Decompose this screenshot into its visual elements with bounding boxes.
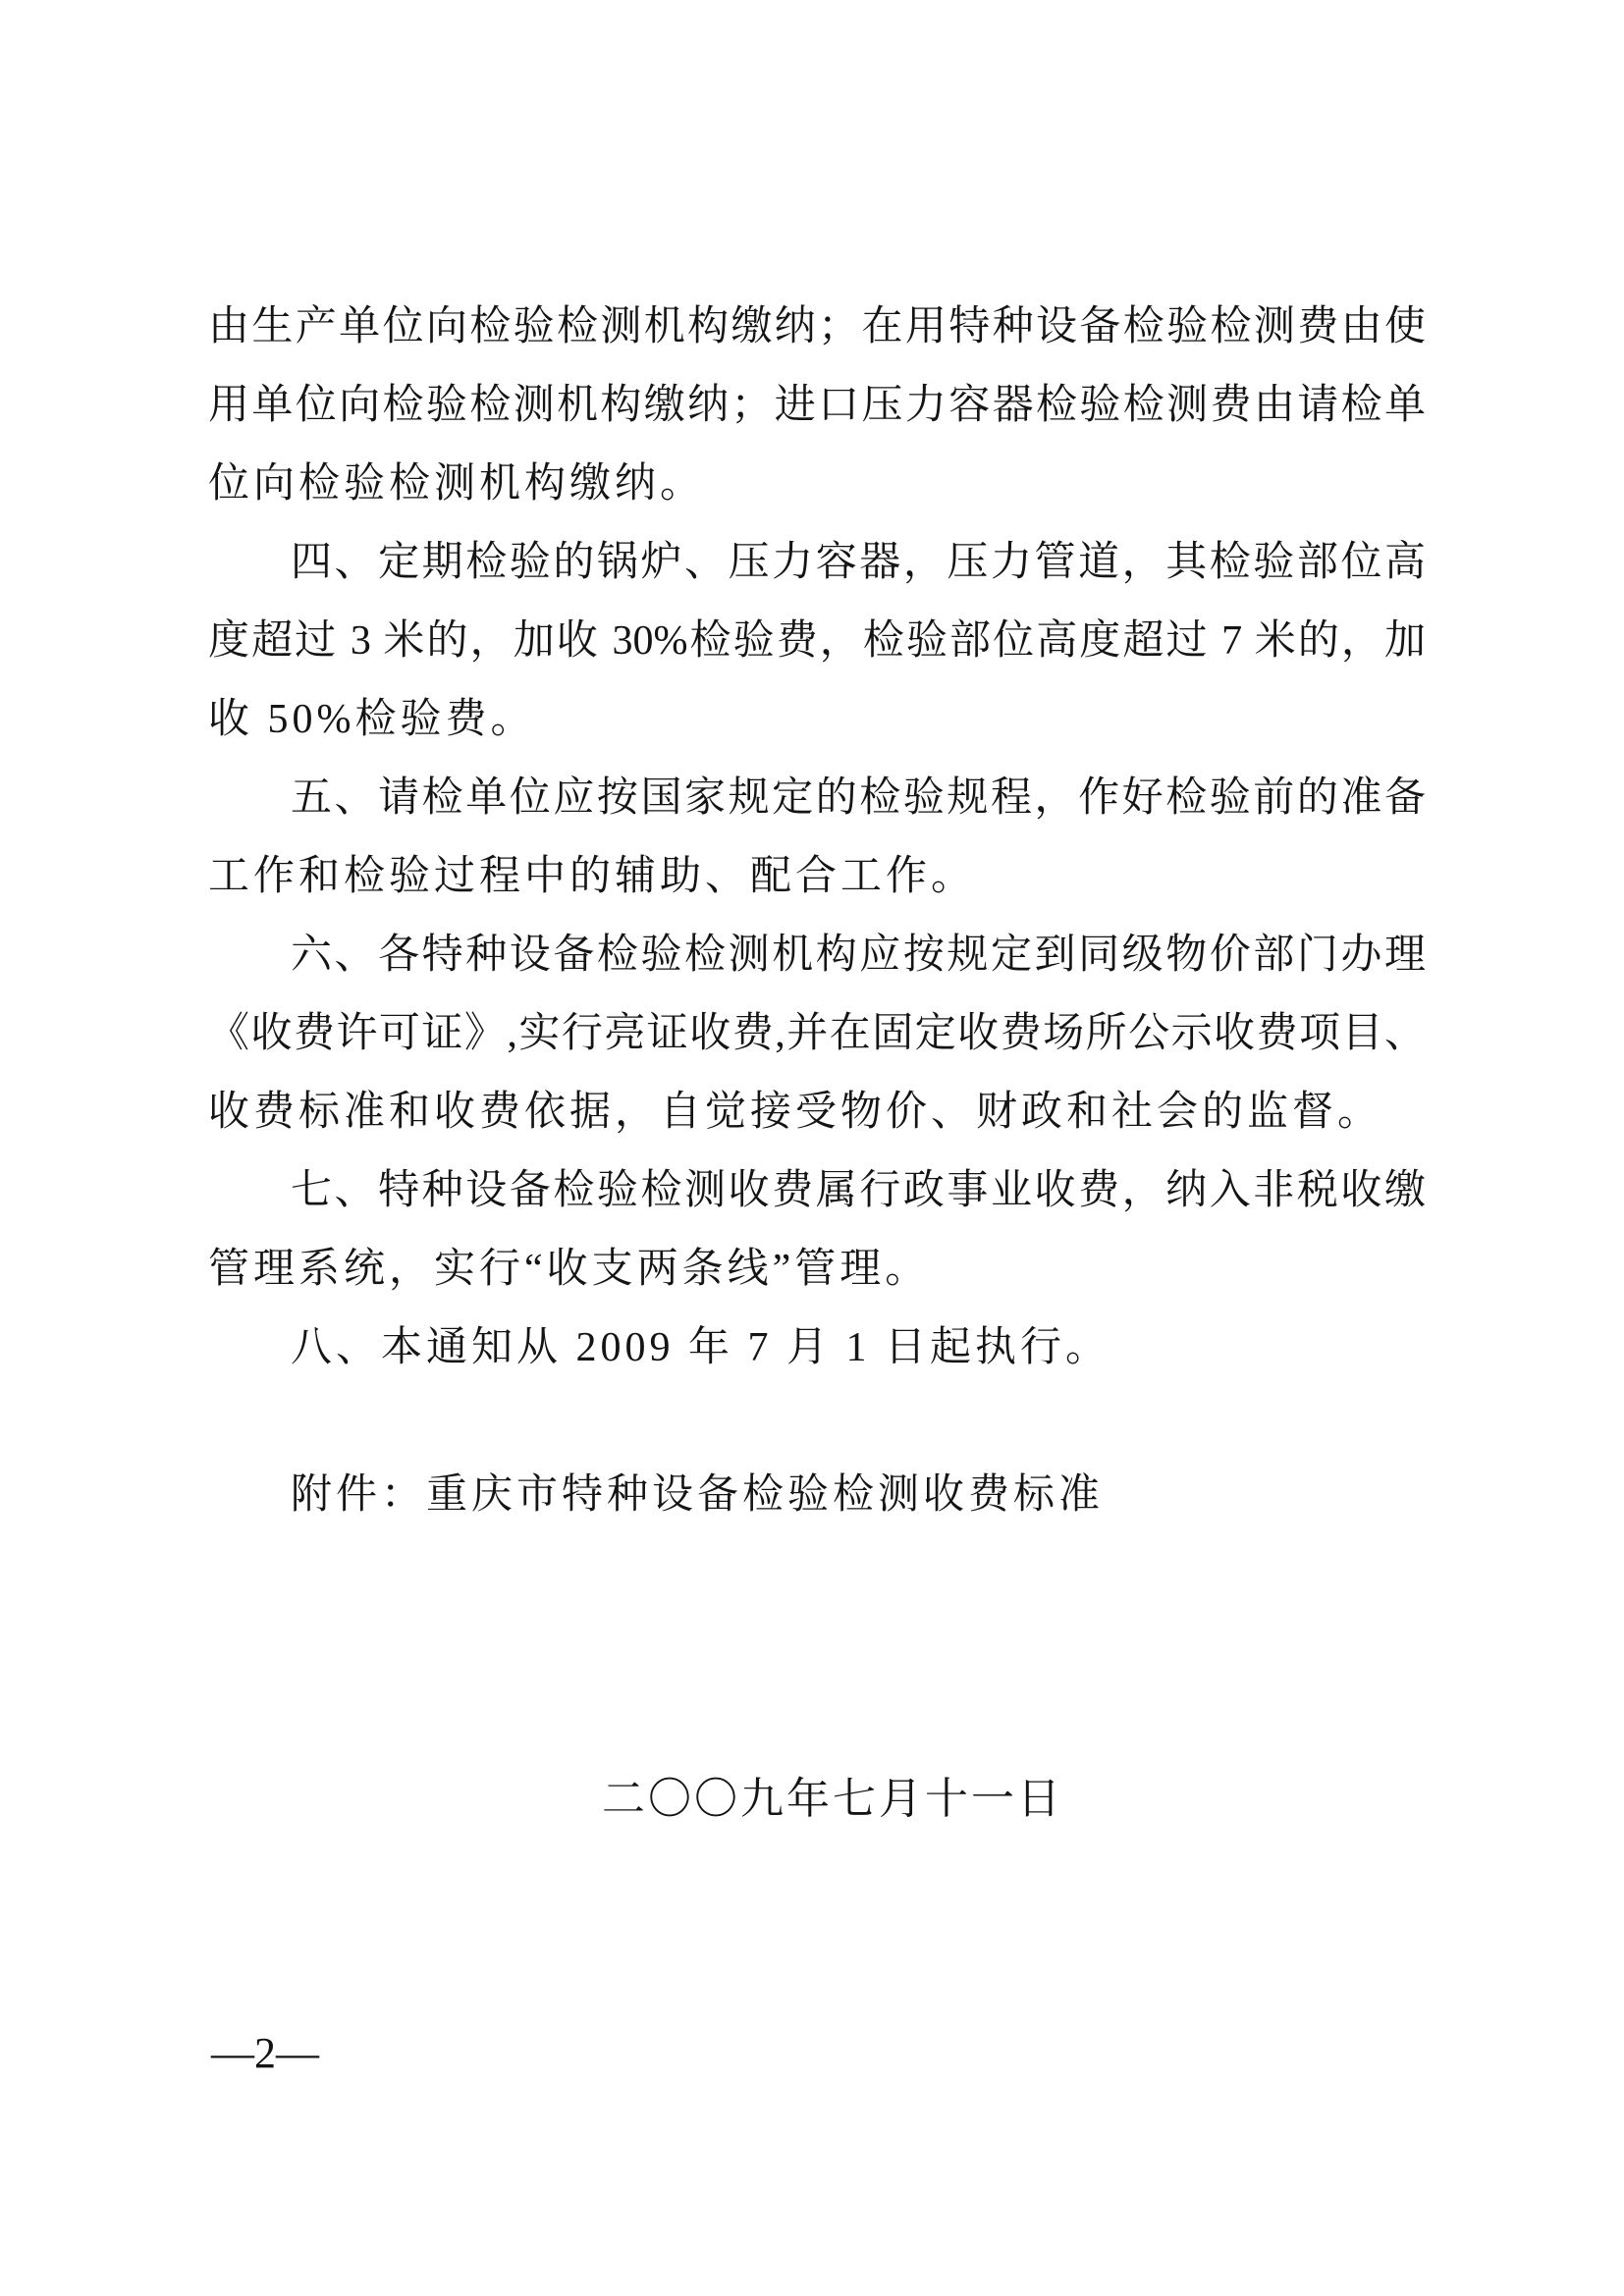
document-page: 由生产单位向检验检测机构缴纳；在用特种设备检验检测费由使用单位向检验检测机构缴纳… [0, 0, 1624, 2296]
body-text-line: 八、本通知从 2009 年 7 月 1 日起执行。 [208, 1308, 1426, 1387]
body-text-line: 六、各特种设备检验检测机构应按规定到同级物价部门办理 [208, 916, 1426, 994]
body-text-line: 四、定期检验的锅炉、压力容器，压力管道，其检验部位高 [208, 523, 1426, 602]
body-text-line: 用单位向检验检测机构缴纳；进口压力容器检验检测费由请检单 [208, 366, 1426, 445]
document-body: 由生产单位向检验检测机构缴纳；在用特种设备检验检测费由使用单位向检验检测机构缴纳… [208, 288, 1426, 1839]
body-text-line: 管理系统，实行“收支两条线”管理。 [208, 1230, 1426, 1308]
date-line: 二〇〇九年七月十一日 [224, 1760, 1441, 1839]
body-text-line: 由生产单位向检验检测机构缴纳；在用特种设备检验检测费由使 [208, 288, 1426, 366]
body-text-lines: 由生产单位向检验检测机构缴纳；在用特种设备检验检测费由使用单位向检验检测机构缴纳… [208, 288, 1426, 1387]
page-footer: —2— [211, 2028, 319, 2079]
body-text-line: 收 50%检验费。 [208, 680, 1426, 759]
body-text-line: 《收费许可证》,实行亮证收费,并在固定收费场所公示收费项目、 [208, 994, 1426, 1073]
page-number: —2— [211, 2029, 319, 2077]
body-text-line: 位向检验检测机构缴纳。 [208, 445, 1426, 523]
body-text-line: 七、特种设备检验检测收费属行政事业收费，纳入非税收缴 [208, 1151, 1426, 1230]
body-text-line: 五、请检单位应按国家规定的检验规程，作好检验前的准备 [208, 759, 1426, 837]
body-text-line: 工作和检验过程中的辅助、配合工作。 [208, 837, 1426, 916]
body-text-line: 收费标准和收费依据，自觉接受物价、财政和社会的监督。 [208, 1073, 1426, 1151]
attachment-line: 附件：重庆市特种设备检验检测收费标准 [208, 1456, 1426, 1534]
body-text-line: 度超过 3 米的，加收 30%检验费，检验部位高度超过 7 米的，加 [208, 602, 1426, 680]
